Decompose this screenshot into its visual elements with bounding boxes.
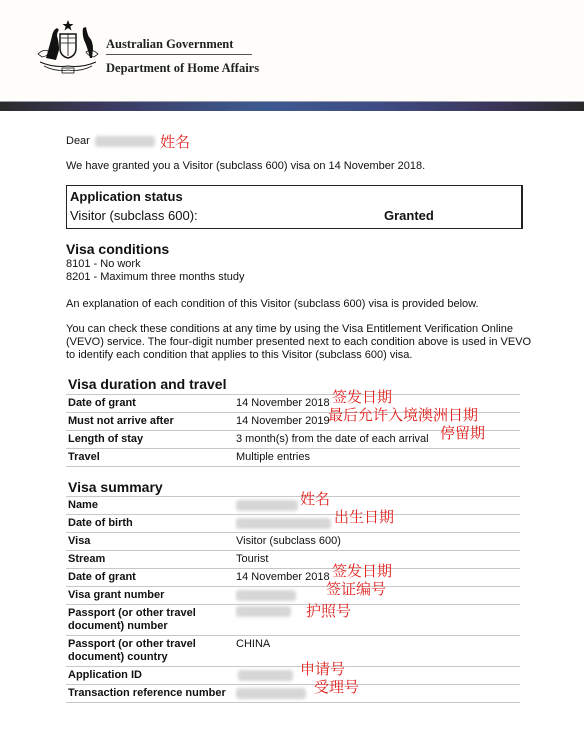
annotation-note: 出生日期 — [334, 511, 394, 524]
department-title: Department of Home Affairs — [106, 61, 259, 76]
annotation-note: 停留期 — [440, 427, 485, 440]
table-row: VisaVisitor (subclass 600) — [66, 533, 520, 551]
table-row: Transaction reference number受理号 — [66, 685, 520, 703]
application-status-box: Application status Visitor (subclass 600… — [66, 185, 523, 229]
application-status-title: Application status — [70, 189, 183, 204]
field-label: Date of grant — [66, 569, 234, 587]
field-label: Visa grant number — [66, 587, 234, 605]
field-label: Visa — [66, 533, 234, 551]
application-status-value: Granted — [384, 208, 434, 223]
field-value: Visitor (subclass 600) — [234, 533, 520, 551]
application-status-label: Visitor (subclass 600): — [70, 208, 198, 223]
table-row: Visa grant number签证编号 — [66, 587, 520, 605]
condition-item: 8201 - Maximum three months study — [66, 271, 245, 283]
field-value: 护照号 — [234, 605, 520, 636]
salutation: Dear — [66, 135, 90, 147]
field-value: 出生日期 — [234, 515, 520, 533]
redacted-value — [236, 590, 296, 601]
title-divider — [106, 54, 252, 55]
condition-item: 8101 - No work — [66, 258, 141, 270]
redacted-value — [236, 500, 298, 511]
annotation-note: 签证编号 — [326, 583, 386, 596]
table-row: TravelMultiple entries — [66, 449, 520, 467]
header-band — [0, 101, 584, 111]
table-row: Length of stay3 month(s) from the date o… — [66, 431, 520, 449]
field-label: Must not arrive after — [66, 413, 234, 431]
field-label: Passport (or other travel document) numb… — [66, 605, 234, 636]
table-row: Passport (or other travel document) numb… — [66, 605, 520, 636]
letterhead: Australian Government Department of Home… — [0, 0, 584, 100]
annotation-name: 姓名 — [160, 131, 190, 152]
field-label: Travel — [66, 449, 234, 467]
annotation-note: 签发日期 — [332, 565, 392, 578]
field-label: Passport (or other travel document) coun… — [66, 636, 234, 667]
vevo-paragraph: You can check these conditions at any ti… — [66, 323, 536, 362]
field-label: Transaction reference number — [66, 685, 234, 703]
field-value: 签证编号 — [234, 587, 520, 605]
annotation-note: 签发日期 — [332, 391, 392, 404]
annotation-note: 申请号 — [300, 663, 345, 676]
field-value: Multiple entries — [234, 449, 520, 467]
field-label: Stream — [66, 551, 234, 569]
coat-of-arms-icon — [32, 18, 104, 76]
field-label: Date of birth — [66, 515, 234, 533]
field-label: Name — [66, 497, 234, 515]
field-label: Length of stay — [66, 431, 234, 449]
field-label: Application ID — [66, 667, 234, 685]
field-label: Date of grant — [66, 395, 234, 413]
redacted-name — [95, 136, 155, 147]
table-row: Date of grant14 November 2018签发日期 — [66, 569, 520, 587]
table-row: Date of birth出生日期 — [66, 515, 520, 533]
annotation-note: 姓名 — [300, 493, 330, 506]
field-value-text: 14 November 2019 — [236, 415, 330, 427]
summary-heading: Visa summary — [68, 479, 163, 495]
redacted-value — [236, 518, 331, 529]
field-value-text: Multiple entries — [236, 451, 310, 463]
table-row: Application ID申请号 — [66, 667, 520, 685]
duration-table: Date of grant14 November 2018签发日期Must no… — [66, 394, 520, 467]
duration-heading: Visa duration and travel — [68, 376, 226, 392]
field-value: CHINA — [234, 636, 520, 667]
grant-intro: We have granted you a Visitor (subclass … — [66, 160, 425, 172]
redacted-value — [236, 606, 291, 617]
table-row: Passport (or other travel document) coun… — [66, 636, 520, 667]
visa-conditions-heading: Visa conditions — [66, 241, 169, 257]
table-row: Name姓名 — [66, 497, 520, 515]
field-value-text: CHINA — [236, 638, 270, 650]
annotation-note: 护照号 — [306, 605, 351, 618]
field-value-text: 14 November 2018 — [236, 571, 330, 583]
redacted-value — [238, 670, 293, 681]
annotation-note: 受理号 — [314, 681, 359, 694]
table-row: StreamTourist — [66, 551, 520, 569]
summary-table: Name姓名Date of birth出生日期VisaVisitor (subc… — [66, 496, 520, 703]
field-value: 受理号 — [234, 685, 520, 703]
field-value: 申请号 — [234, 667, 520, 685]
field-value-text: Visitor (subclass 600) — [236, 535, 341, 547]
redacted-value — [236, 688, 306, 699]
government-title: Australian Government — [106, 37, 233, 52]
field-value-text: 14 November 2018 — [236, 397, 330, 409]
field-value-text: 3 month(s) from the date of each arrival — [236, 433, 429, 445]
field-value: 3 month(s) from the date of each arrival… — [234, 431, 520, 449]
annotation-note: 最后允许入境澳洲日期 — [328, 409, 478, 422]
field-value-text: Tourist — [236, 553, 268, 565]
conditions-explanation: An explanation of each condition of this… — [66, 298, 479, 310]
